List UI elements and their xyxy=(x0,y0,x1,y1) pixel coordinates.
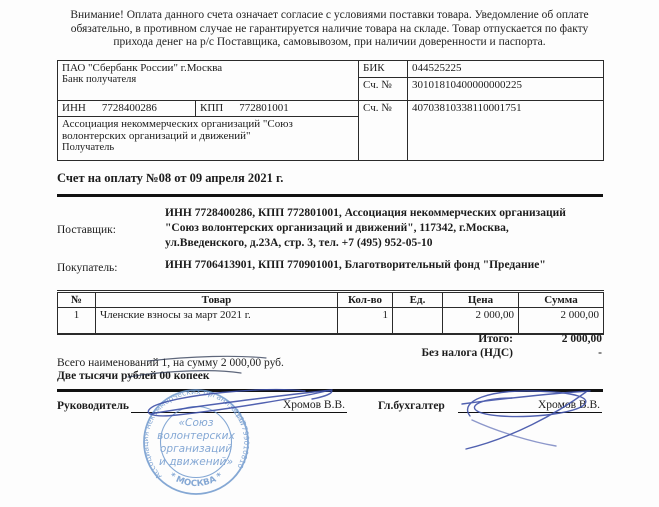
kpp-cell: КПП772801001 xyxy=(196,101,359,117)
payment-notice: Внимание! Оплата данного счета означает … xyxy=(0,9,659,50)
item-price: 2 000,00 xyxy=(443,308,519,334)
invoice-document: Внимание! Оплата данного счета означает … xyxy=(0,0,659,507)
top-separator-rule xyxy=(57,194,603,197)
notice-line-2: обязательно, в противном случае не гаран… xyxy=(0,23,659,37)
kpp-label: КПП xyxy=(200,102,223,114)
bank-details-table: ПАО "Сбербанк России" г.Москва Банк полу… xyxy=(57,60,604,161)
supplier-text: ИНН 7728400286, КПП 772801001, Ассоциаци… xyxy=(165,206,593,251)
director-signature-line: Хромов В.В. xyxy=(131,386,347,413)
item-sum: 2 000,00 xyxy=(519,308,604,334)
stamp-center-line-2: волонтерских xyxy=(157,430,235,442)
inn-label: ИНН xyxy=(62,102,86,114)
kpp-value: 772801001 xyxy=(239,102,289,114)
col-header-qty: Кол-во xyxy=(338,292,393,308)
stamp-center-line-3: организаций xyxy=(160,443,232,455)
total-label: Итого: xyxy=(330,333,513,345)
corr-account-value: 30101810400000000225 xyxy=(408,78,604,101)
tax-label: Без налога (НДС) xyxy=(330,347,513,359)
stamp-ring-bottom-text: * МОСКВА * xyxy=(167,471,225,489)
item-num: 1 xyxy=(58,308,96,334)
table-row: 1 Членские взносы за март 2021 г. 1 2 00… xyxy=(58,308,604,334)
stamp-center-line-4: и движений» xyxy=(159,456,233,468)
account-label: Сч. № xyxy=(359,101,408,161)
summary-line: Всего наименований 1, на сумму 2 000,00 … xyxy=(57,357,284,369)
item-unit xyxy=(393,308,443,334)
stamp-inner-circle xyxy=(161,407,232,478)
items-table: № Товар Кол-во Ед. Цена Сумма 1 Членские… xyxy=(57,290,604,335)
col-header-sum: Сумма xyxy=(519,292,604,308)
total-value: 2 000,00 xyxy=(516,333,602,345)
buyer-text: ИНН 7706413901, КПП 770901001, Благотвор… xyxy=(165,258,593,273)
bik-value: 044525225 xyxy=(408,61,604,78)
corr-account-label: Сч. № xyxy=(359,78,408,101)
bik-label: БИК xyxy=(359,61,408,78)
invoice-title: Счет на оплату №08 от 09 апреля 2021 г. xyxy=(57,171,283,186)
buyer-label: Покупатель: xyxy=(57,262,118,274)
account-value: 40703810338110001751 xyxy=(408,101,604,161)
inn-value: 7728400286 xyxy=(102,102,157,114)
col-header-price: Цена xyxy=(443,292,519,308)
notice-line-3: прихода денег на р/с Поставщика, самовыв… xyxy=(0,36,659,50)
accountant-signature-tail xyxy=(472,420,556,446)
bank-name: ПАО "Сбербанк России" г.Москва xyxy=(62,62,354,74)
stamp-ring-number: 1117799010810 xyxy=(231,407,251,471)
director-name: Хромов В.В. xyxy=(283,399,345,411)
items-header-row: № Товар Кол-во Ед. Цена Сумма xyxy=(58,292,604,308)
recipient-name: Ассоциация некоммерческих организаций "С… xyxy=(62,118,354,142)
tax-value: - xyxy=(516,347,602,359)
amount-in-words: Две тысячи рублей 00 копеек xyxy=(57,370,209,382)
recipient-cell: Ассоциация некоммерческих организаций "С… xyxy=(58,117,359,161)
col-header-product: Товар xyxy=(96,292,338,308)
recipient-label: Получатель xyxy=(62,142,354,153)
item-name: Членские взносы за март 2021 г. xyxy=(96,308,338,334)
accountant-name: Хромов В.В. xyxy=(538,399,600,411)
col-header-unit: Ед. xyxy=(393,292,443,308)
supplier-label: Поставщик: xyxy=(57,224,116,236)
bank-name-cell: ПАО "Сбербанк России" г.Москва Банк полу… xyxy=(58,61,359,101)
accountant-signature-line: Хромов В.В. xyxy=(458,386,602,413)
accountant-label: Гл.бухгалтер xyxy=(378,400,445,412)
stamp-center-line-1: «Союз xyxy=(179,417,214,429)
director-label: Руководитель xyxy=(57,400,129,412)
inn-cell: ИНН7728400286 xyxy=(58,101,196,117)
bank-label: Банк получателя xyxy=(62,74,354,85)
col-header-num: № xyxy=(58,292,96,308)
notice-line-1: Внимание! Оплата данного счета означает … xyxy=(0,9,659,23)
item-qty: 1 xyxy=(338,308,393,334)
